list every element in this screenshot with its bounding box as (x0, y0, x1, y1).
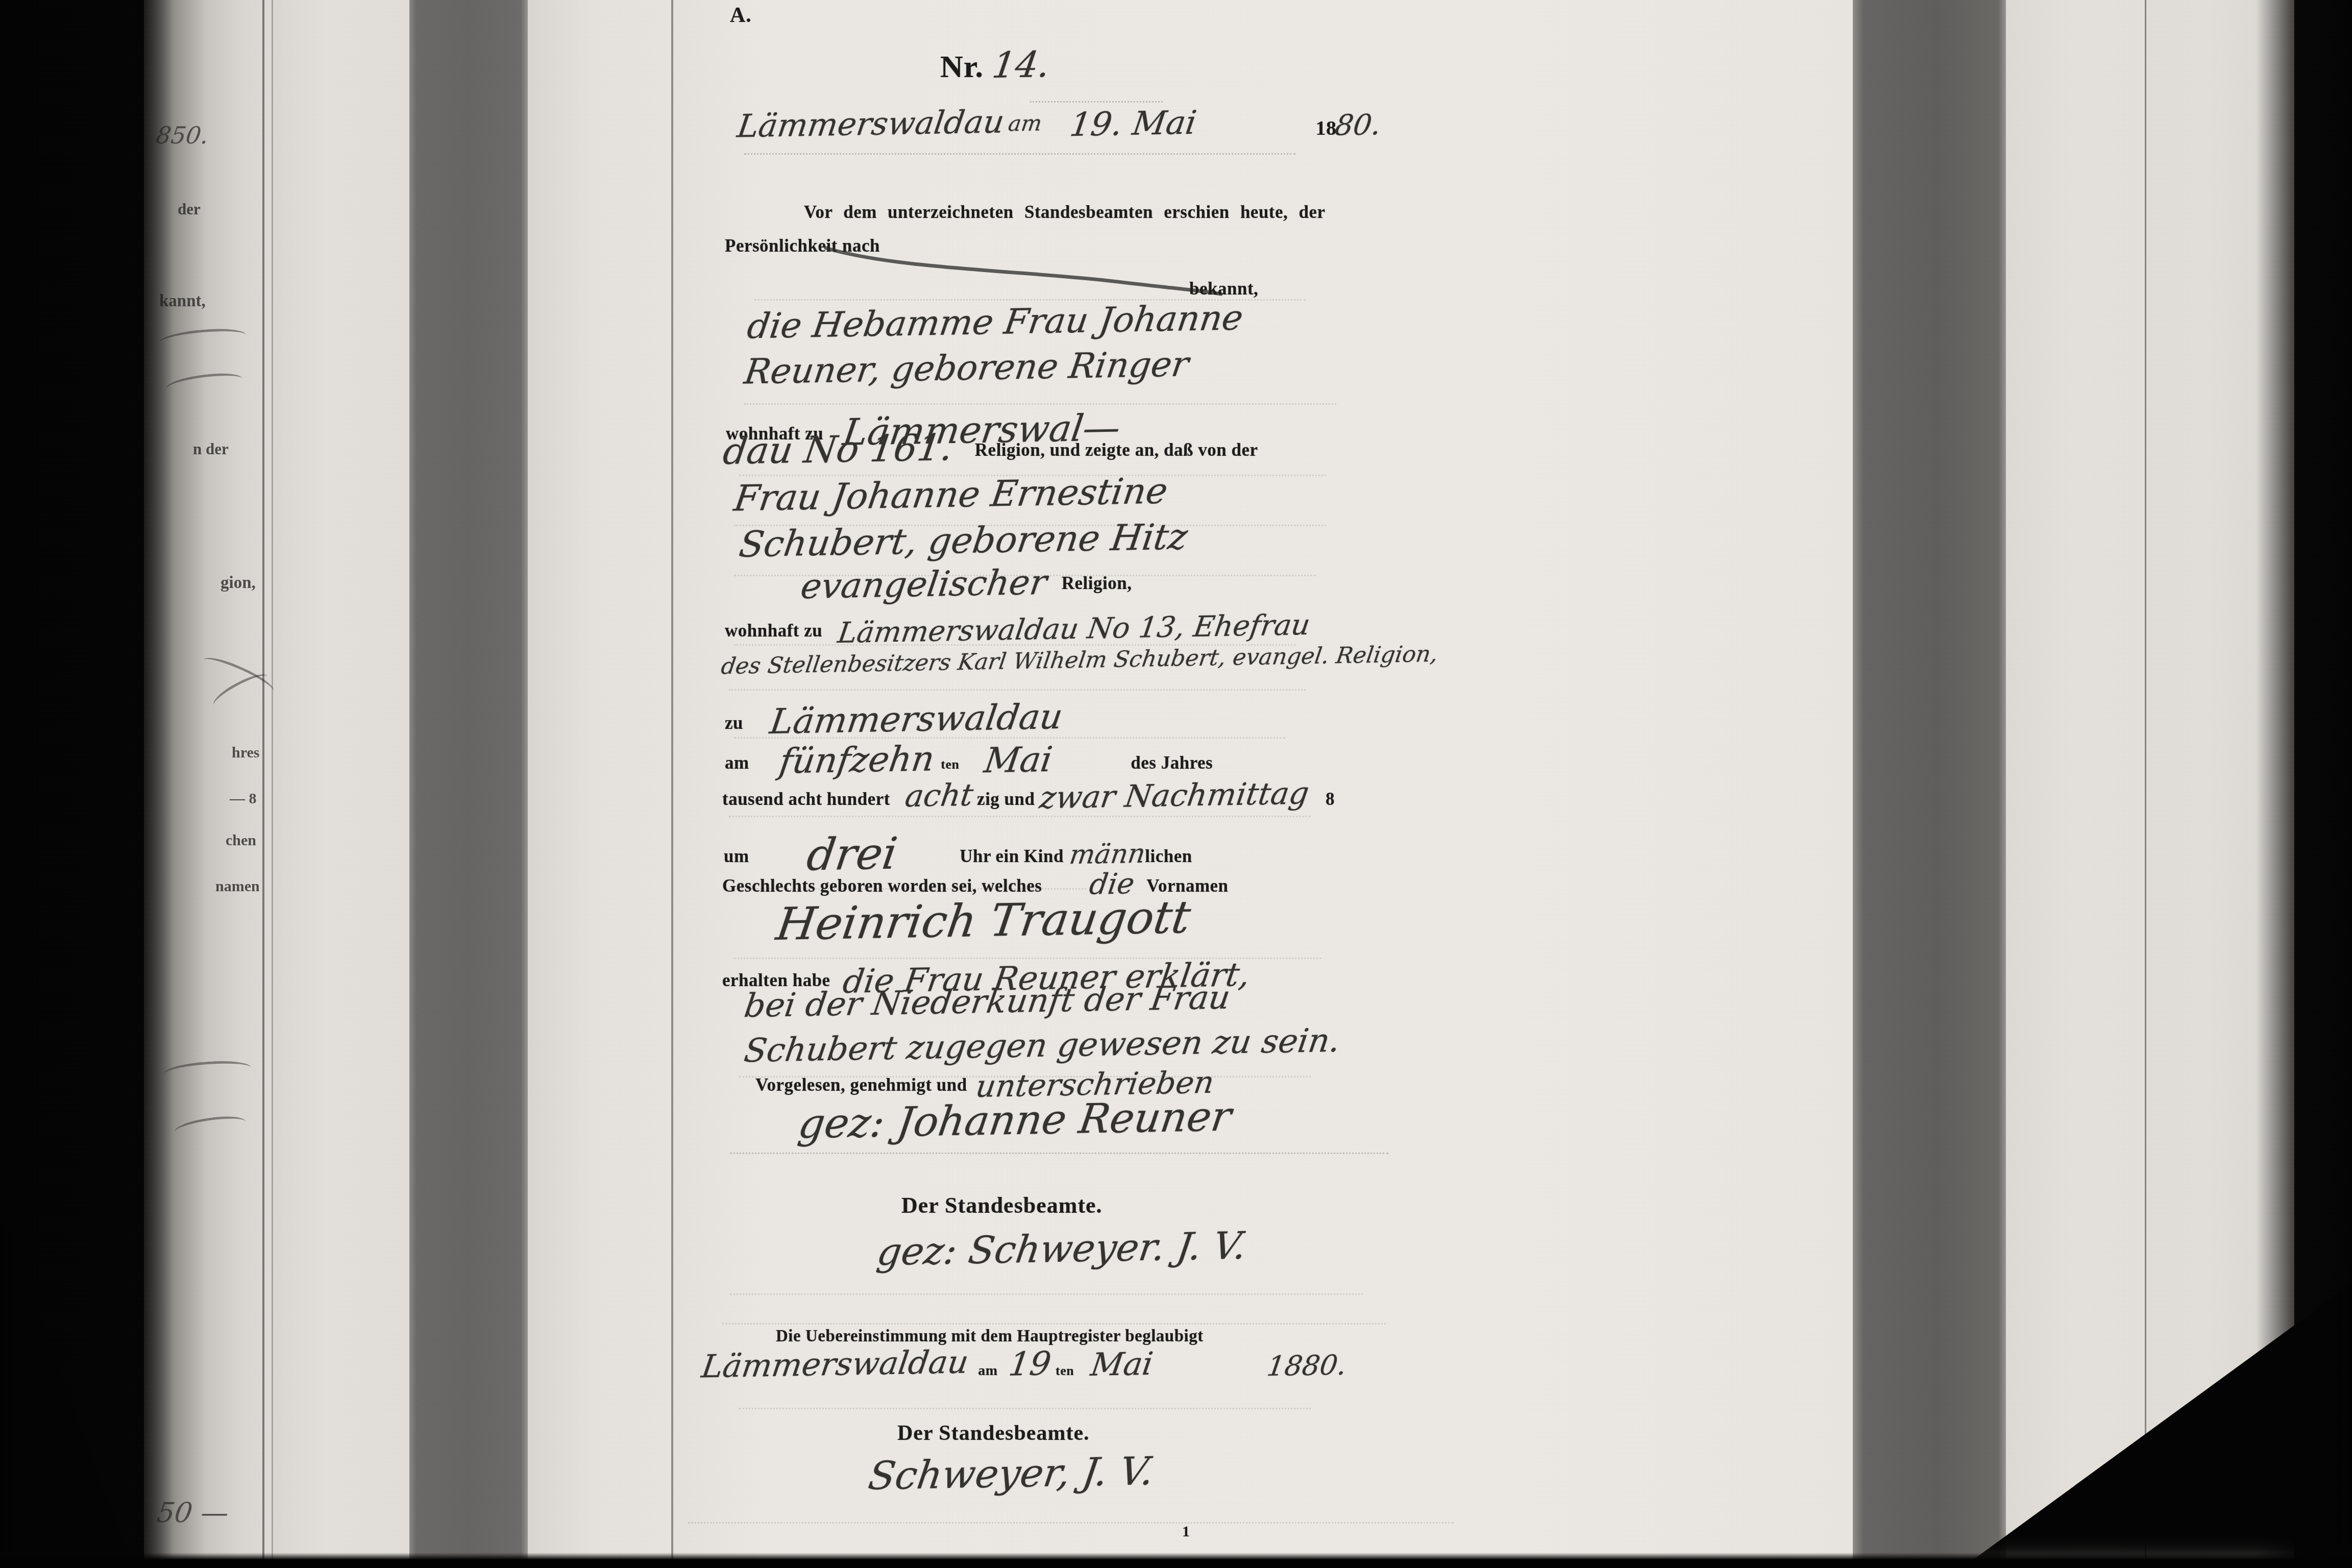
registrar-title: Der Standesbeamte. (897, 1421, 1090, 1445)
registrar-title: Der Standesbeamte. (901, 1192, 1102, 1218)
film-border-bottom (0, 1553, 2352, 1568)
fragment-text: der (178, 200, 201, 218)
page-edge-line (272, 0, 273, 1568)
form-rule (730, 1153, 1388, 1154)
birthyear-line: tausend acht hundert acht zig und zwar N… (722, 778, 1335, 814)
mother-line: Schubert, geborene Hitz (740, 520, 1187, 561)
birthplace-line: zu Lämmerswaldau (725, 699, 1062, 740)
record-number: Nr. 14. (940, 44, 1049, 86)
handwriting-fragment-stroke (164, 1059, 252, 1083)
father-line: des Stellenbesitzers Karl Wilhelm Schube… (722, 647, 1437, 673)
film-stripe-right (1853, 0, 2006, 1568)
fragment-text: hres (232, 744, 259, 762)
form-rule (688, 1522, 1454, 1524)
form-rule (729, 816, 1311, 817)
form-rule (744, 403, 1336, 405)
date-line: Lämmerswaldau am 19. Mai 18 80. (738, 105, 1381, 143)
registrar-signature: gez: Schweyer. J. V. (878, 1227, 1245, 1271)
birthdate-line: am fünfzehn ten Mai des Jahres (725, 740, 1213, 780)
page-gutter-band (274, 0, 409, 1568)
certification-date-line: Lämmerswaldau am 19 ten Mai 1880. (702, 1345, 1346, 1383)
declarant-signature: gez: Johanne Reuner (799, 1096, 1231, 1144)
declarant-line: Reuner, geborene Ringer (745, 348, 1188, 388)
fragment-text: namen (215, 878, 260, 895)
intro-line: Vor dem unterzeichneten Standesbeamten e… (804, 202, 1326, 223)
declarant-line: die Hebamme Frau Johanne (748, 302, 1242, 342)
film-stripe-left (409, 0, 528, 1568)
bottom-mark: 1 (1182, 1523, 1190, 1540)
fragment-text: — 8 (230, 790, 257, 807)
religion-line: evangelischer Religion, (801, 565, 1132, 605)
page-gutter-band (2006, 0, 2146, 1568)
child-name-line: Heinrich Traugott (777, 894, 1190, 947)
form-rule (739, 1408, 1311, 1409)
corner-mark: A. (730, 3, 752, 28)
fragment-text: n der (193, 440, 229, 458)
certification-note: Die Uebereinstimmung mit dem Hauptregist… (776, 1327, 1204, 1346)
page-edge-line (262, 0, 264, 1568)
residence-line: dau No 161. Religion, und zeigte an, daß… (724, 428, 1258, 471)
declaration-line: Schubert zugegen gewesen zu sein. (745, 1027, 1339, 1065)
fragment-text: chen (226, 832, 256, 849)
form-rule (730, 1293, 1363, 1295)
form-rule (729, 689, 1306, 691)
intro-line: bekannt, (1189, 279, 1258, 299)
declaration-line: bei der Niederkunft der Frau (745, 983, 1229, 1021)
registrar-signature: Schweyer, J. V. (869, 1451, 1153, 1496)
fragment-text: gion, (220, 574, 256, 593)
certificate-page: A. Nr. 14. Lämmerswaldau am 19. Mai 18 8… (673, 0, 1853, 1568)
mother-line: Frau Johanne Ernestine (735, 474, 1167, 516)
page-edge-line (2145, 0, 2146, 1568)
mother-residence-line: wohnhaft zu Lämmerswaldau No 13, Ehefrau (725, 612, 1309, 646)
page-gutter-band (528, 0, 673, 1568)
page-edge-line (671, 0, 673, 1568)
microfilm-photo: 850. der kannt, n der gion, hres — 8 che… (0, 0, 2352, 1568)
handwriting-fragment-stroke (174, 1113, 247, 1140)
form-rule (722, 1323, 1386, 1325)
form-rule (744, 153, 1295, 155)
handwriting-fragment-stroke (165, 370, 243, 397)
blank-filler-stroke (822, 240, 1225, 299)
form-rule (1030, 101, 1163, 103)
